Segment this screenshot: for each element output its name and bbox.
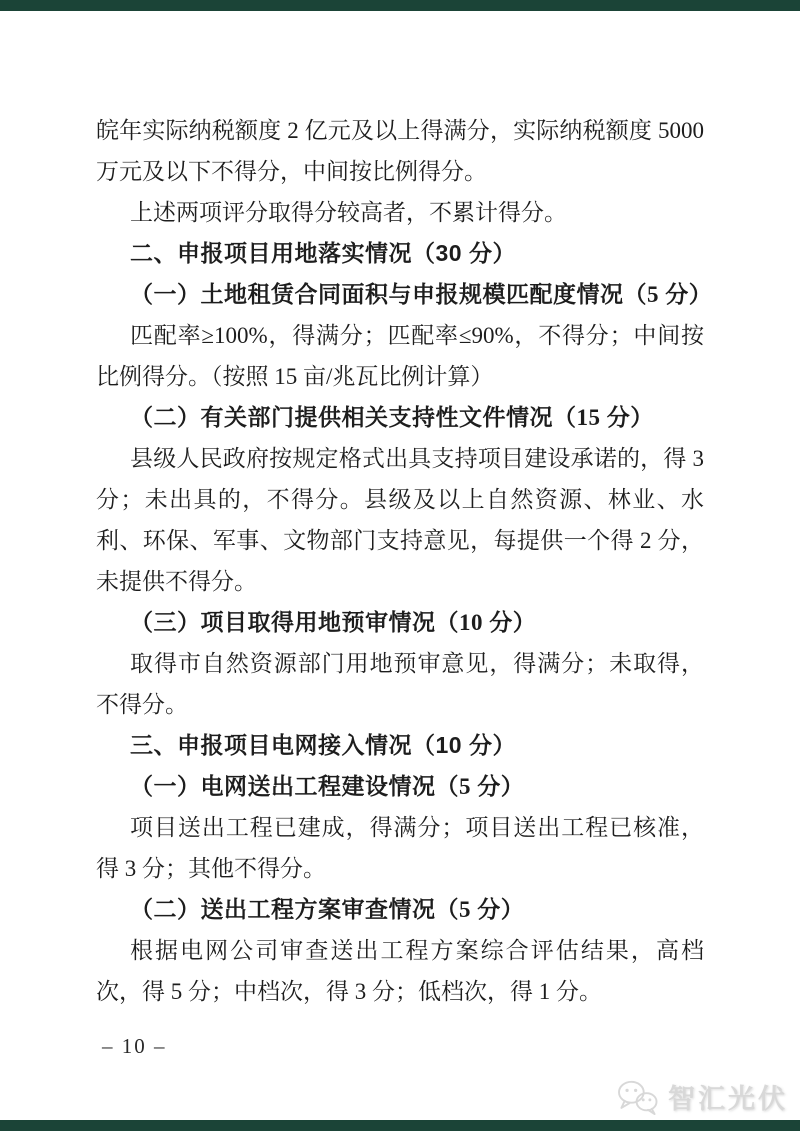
paragraph-tax-score: 皖年实际纳税额度 2 亿元及以上得满分，实际纳税额度 5000 万元及以下不得分…: [96, 110, 704, 192]
paragraph-grid-construction: 项目送出工程已建成，得满分；项目送出工程已核准，得 3 分；其他不得分。: [96, 807, 704, 889]
page-number: – 10 –: [96, 1026, 704, 1067]
subheading-grid-construction: （一）电网送出工程建设情况（5 分）: [96, 766, 704, 807]
watermark: 智汇光伏: [615, 1077, 788, 1116]
paragraph-no-accumulate: 上述两项评分取得分较高者，不累计得分。: [96, 192, 704, 233]
document-page: { "theme": { "frame_color": "#1b4437", "…: [0, 0, 800, 1131]
top-frame-bar: [0, 0, 800, 11]
paragraph-match-rate: 匹配率≥100%，得满分；匹配率≤90%，不得分；中间按比例得分。（按照 15 …: [96, 315, 704, 397]
watermark-label: 智汇光伏: [668, 1077, 788, 1116]
paragraph-plan-review: 根据电网公司审查送出工程方案综合评估结果，高档次，得 5 分；中档次，得 3 分…: [96, 930, 704, 1012]
subheading-land-lease: （一）土地租赁合同面积与申报规模匹配度情况（5 分）: [96, 274, 704, 315]
paragraph-support-docs: 县级人民政府按规定格式出具支持项目建设承诺的，得 3 分；未出具的，不得分。县级…: [96, 438, 704, 602]
subheading-support-docs: （二）有关部门提供相关支持性文件情况（15 分）: [96, 397, 704, 438]
wechat-icon: [615, 1078, 661, 1116]
section-heading-grid: 三、申报项目电网接入情况（10 分）: [96, 725, 704, 766]
bottom-frame-bar: [0, 1120, 800, 1131]
subheading-land-preapproval: （三）项目取得用地预审情况（10 分）: [96, 602, 704, 643]
subheading-plan-review: （二）送出工程方案审查情况（5 分）: [96, 889, 704, 930]
paragraph-land-preapproval: 取得市自然资源部门用地预审意见，得满分；未取得，不得分。: [96, 643, 704, 725]
section-heading-land: 二、申报项目用地落实情况（30 分）: [96, 233, 704, 274]
document-body: 皖年实际纳税额度 2 亿元及以上得满分，实际纳税额度 5000 万元及以下不得分…: [96, 110, 704, 1088]
